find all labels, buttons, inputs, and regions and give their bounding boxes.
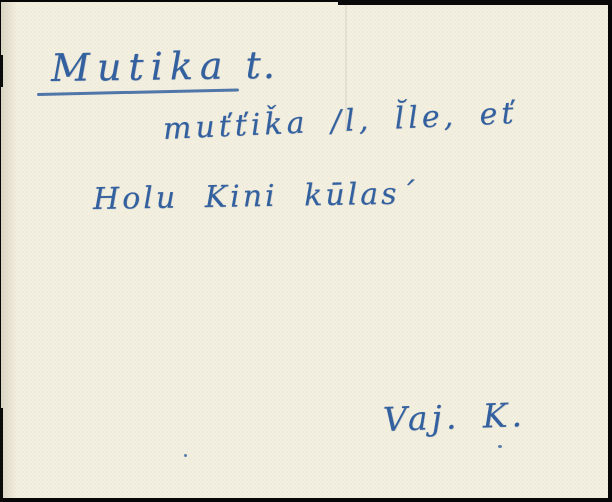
heading-word: Mutika xyxy=(51,44,230,90)
paper-card: Mutikat. muťťiǩa /l, l̆le, eť Holu Kini … xyxy=(1,2,608,498)
scan-edge-top xyxy=(338,0,612,5)
scan-edge-left xyxy=(0,55,3,87)
entry-line-2: Holu Kini kūlas´ xyxy=(93,176,418,217)
ink-speck xyxy=(498,445,502,448)
ink-speck xyxy=(184,454,187,457)
scanned-card-image: Mutikat. muťťiǩa /l, l̆le, eť Holu Kini … xyxy=(0,0,612,502)
card-heading: Mutikat. xyxy=(51,43,277,90)
entry-line-1: muťťiǩa /l, l̆le, eť xyxy=(162,96,518,147)
scan-edge-left xyxy=(0,408,3,502)
signature: Vaj. K. xyxy=(382,395,526,439)
heading-suffix: t. xyxy=(245,43,277,87)
